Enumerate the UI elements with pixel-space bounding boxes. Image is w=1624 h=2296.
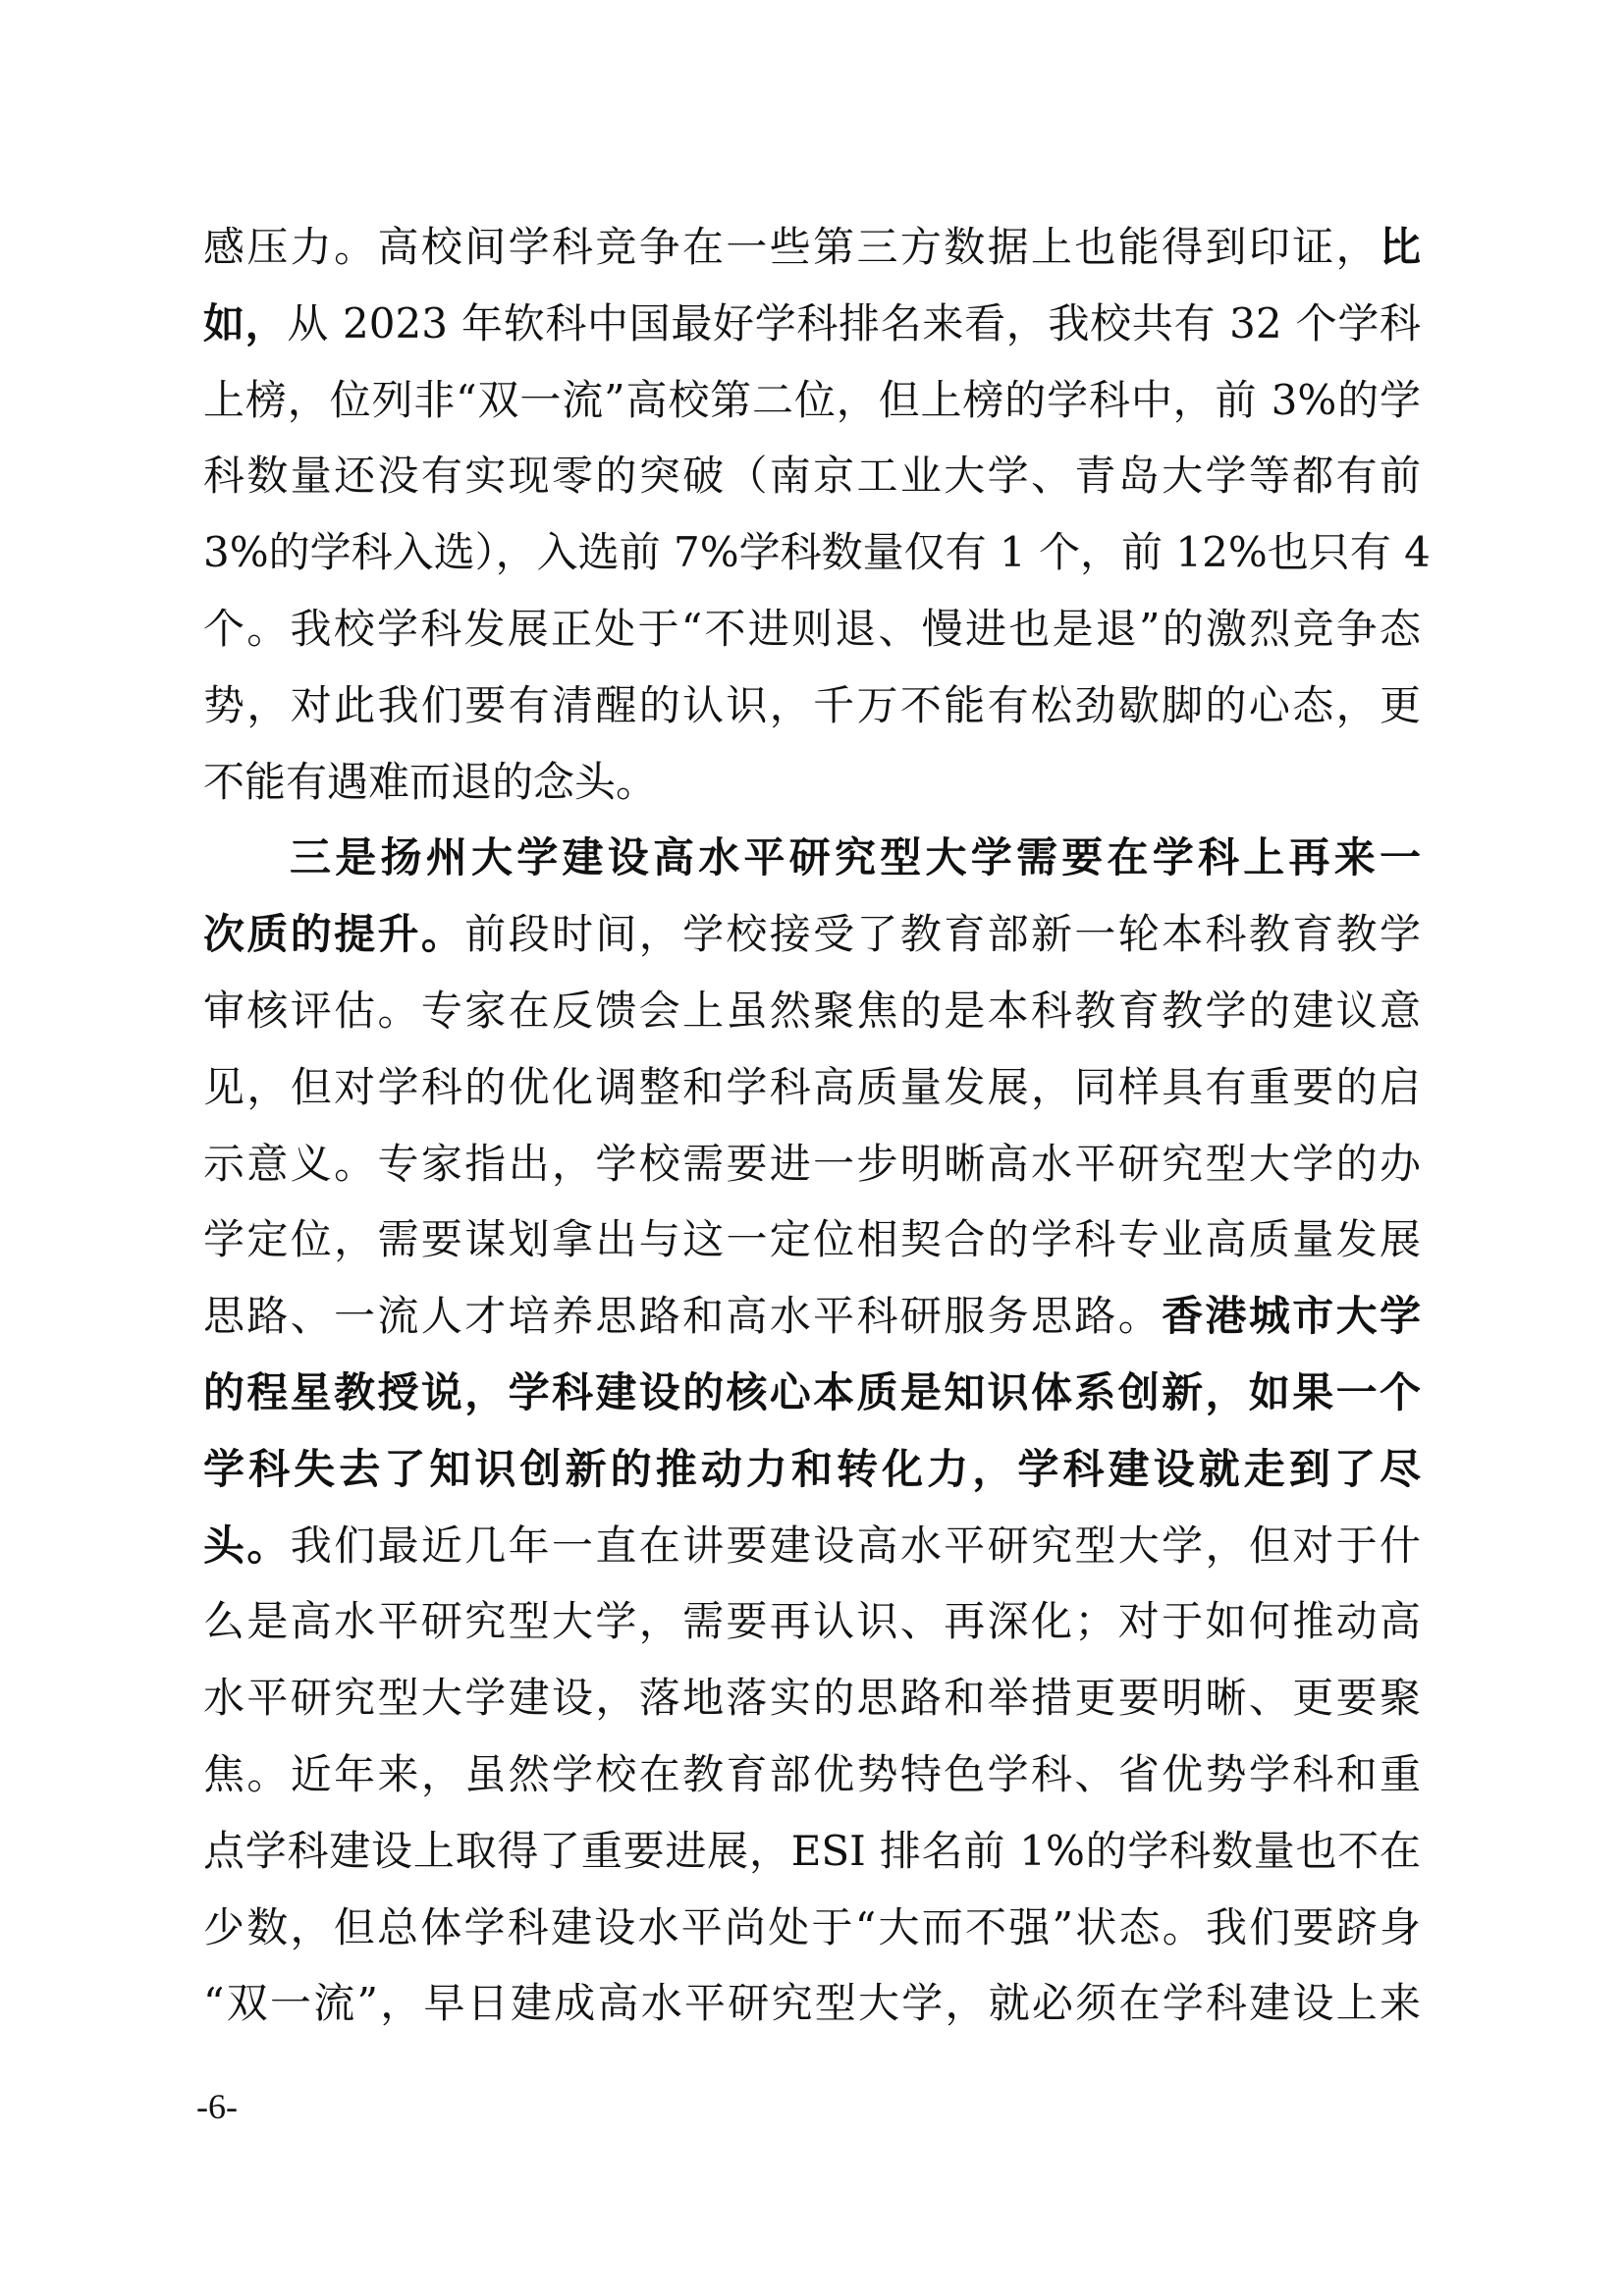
text-segment: 上榜，位列非“双一流”高校第二位，但上榜的学科中，前 3%的学 [203, 376, 1421, 424]
text-segment: 学定位，需要谋划拿出与这一定位相契合的学科专业高质量发展 [203, 1215, 1421, 1263]
bold-text-segment: 香港城市大学 [1162, 1292, 1421, 1340]
text-segment: 从 2023 年软科中国最好学科排名来看，我校共有 32 个学科 [287, 299, 1421, 347]
text-line: 少数，但总体学科建设水平尚处于“大而不强”状态。我们要跻身 [203, 1898, 1421, 1957]
text-line: 个。我校学科发展正处于“不进则退、慢进也是退”的激烈竞争态 [203, 600, 1421, 659]
text-line: 点学科建设上取得了重要进展，ESI 排名前 1%的学科数量也不在 [203, 1822, 1421, 1881]
text-line: 不能有遇难而退的念头。 [203, 753, 1421, 812]
text-segment: 势，对此我们要有清醒的认识，千万不能有松劲歇脚的心态，更 [203, 681, 1421, 729]
text-segment: 么是高水平研究型大学，需要再认识、再深化；对于如何推动高 [203, 1597, 1421, 1645]
text-line: 水平研究型大学建设，落地落实的思路和举措更要明晰、更要聚 [203, 1669, 1421, 1728]
text-line: 感压力。高校间学科竞争在一些第三方数据上也能得到印证，比 [203, 218, 1421, 277]
bold-text-segment: 三是扬州大学建设高水平研究型大学需要在学科上再来一 [290, 833, 1421, 881]
bold-text-segment: 如， [203, 299, 287, 347]
text-segment: 审核评估。专家在反馈会上虽然聚焦的是本科教育教学的建议意 [203, 987, 1421, 1035]
text-segment: 示意义。专家指出，学校需要进一步明晰高水平研究型大学的办 [203, 1140, 1421, 1188]
text-line: 审核评估。专家在反馈会上虽然聚焦的是本科教育教学的建议意 [203, 982, 1421, 1041]
text-line: “双一流”，早日建成高水平研究型大学，就必须在学科建设上来 [203, 1974, 1421, 2033]
text-line: 上榜，位列非“双一流”高校第二位，但上榜的学科中，前 3%的学 [203, 371, 1421, 430]
text-segment: 感压力。高校间学科竞争在一些第三方数据上也能得到印证， [203, 223, 1380, 271]
bold-text-segment: 次质的提升。 [203, 910, 464, 958]
bold-text-segment: 比 [1380, 223, 1421, 271]
text-line: 示意义。专家指出，学校需要进一步明晰高水平研究型大学的办 [203, 1135, 1421, 1194]
text-segment: “双一流”，早日建成高水平研究型大学，就必须在学科建设上来 [203, 1979, 1421, 2027]
text-line: 如，从 2023 年软科中国最好学科排名来看，我校共有 32 个学科 [203, 294, 1421, 353]
text-segment: 科数量还没有实现零的突破（南京工业大学、青岛大学等都有前 [203, 452, 1421, 500]
text-segment: 水平研究型大学建设，落地落实的思路和举措更要明晰、更要聚 [203, 1674, 1421, 1722]
text-line: 科数量还没有实现零的突破（南京工业大学、青岛大学等都有前 [203, 447, 1421, 506]
text-segment: 点学科建设上取得了重要进展，ESI 排名前 1%的学科数量也不在 [203, 1827, 1421, 1875]
text-line: 3%的学科入选），入选前 7%学科数量仅有 1 个，前 12%也只有 4 [203, 523, 1421, 582]
text-line: 么是高水平研究型大学，需要再认识、再深化；对于如何推动高 [203, 1592, 1421, 1651]
bold-text-segment: 的程星教授说，学科建设的核心本质是知识体系创新，如果一个 [203, 1368, 1421, 1416]
text-line: 见，但对学科的优化调整和学科高质量发展，同样具有重要的启 [203, 1058, 1421, 1117]
text-line: 的程星教授说，学科建设的核心本质是知识体系创新，如果一个 [203, 1363, 1421, 1422]
text-segment: 前段时间，学校接受了教育部新一轮本科教育教学 [464, 910, 1421, 958]
text-line: 势，对此我们要有清醒的认识，千万不能有松劲歇脚的心态，更 [203, 676, 1421, 735]
text-line: 思路、一流人才培养思路和高水平科研服务思路。香港城市大学 [203, 1287, 1421, 1346]
text-line: 学定位，需要谋划拿出与这一定位相契合的学科专业高质量发展 [203, 1210, 1421, 1269]
page-number: -6- [196, 2085, 238, 2128]
bold-text-segment: 头。 [203, 1522, 291, 1570]
text-segment: 少数，但总体学科建设水平尚处于“大而不强”状态。我们要跻身 [203, 1903, 1421, 1951]
bold-text-segment: 学科失去了知识创新的推动力和转化力，学科建设就走到了尽 [203, 1445, 1421, 1493]
text-line: 焦。近年来，虽然学校在教育部优势特色学科、省优势学科和重 [203, 1745, 1421, 1804]
text-line: 次质的提升。前段时间，学校接受了教育部新一轮本科教育教学 [203, 905, 1421, 964]
text-segment: 思路、一流人才培养思路和高水平科研服务思路。 [203, 1292, 1162, 1340]
text-segment: 个。我校学科发展正处于“不进则退、慢进也是退”的激烈竞争态 [203, 605, 1421, 653]
text-segment: 我们最近几年一直在讲要建设高水平研究型大学，但对于什 [291, 1522, 1421, 1570]
text-segment: 焦。近年来，虽然学校在教育部优势特色学科、省优势学科和重 [203, 1750, 1421, 1798]
document-page: 感压力。高校间学科竞争在一些第三方数据上也能得到印证，比如，从 2023 年软科… [0, 0, 1624, 2296]
text-line: 头。我们最近几年一直在讲要建设高水平研究型大学，但对于什 [203, 1517, 1421, 1575]
text-segment: 见，但对学科的优化调整和学科高质量发展，同样具有重要的启 [203, 1063, 1421, 1111]
text-line: 三是扬州大学建设高水平研究型大学需要在学科上再来一 [290, 828, 1421, 887]
text-line: 学科失去了知识创新的推动力和转化力，学科建设就走到了尽 [203, 1440, 1421, 1499]
text-segment: 3%的学科入选），入选前 7%学科数量仅有 1 个，前 12%也只有 4 [203, 528, 1431, 576]
text-segment: 不能有遇难而退的念头。 [203, 758, 657, 806]
